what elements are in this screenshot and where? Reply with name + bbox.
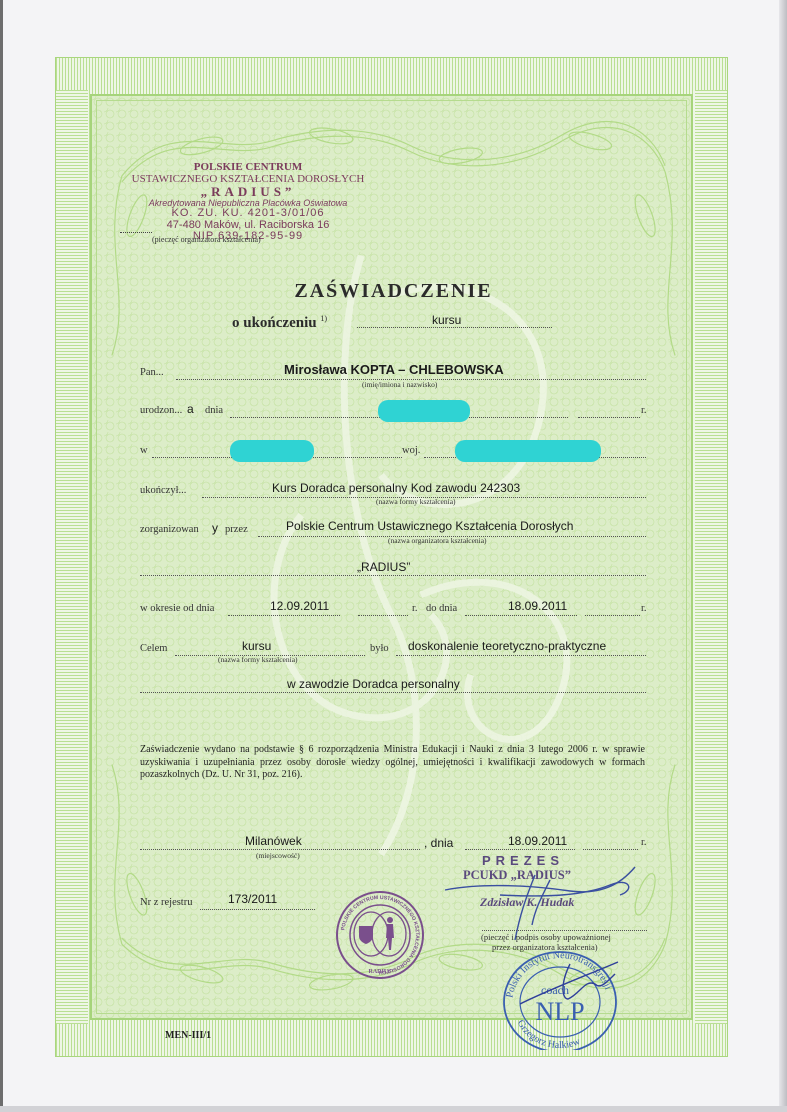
dotted-line — [482, 930, 647, 931]
dotted-line — [358, 615, 408, 616]
dotted-line — [396, 655, 646, 656]
dotted-line — [200, 909, 315, 910]
nlp-coach-stamp-icon: Polski Instytut Neurotransgresji Grzegor… — [500, 944, 620, 1050]
stamp-line: POLSKIE CENTRUM — [118, 162, 378, 174]
frame-side-left — [56, 90, 88, 1024]
stamp-caption: (pieczęć organizatora kształcenia) — [152, 235, 261, 244]
organized-suffix: y — [212, 521, 218, 535]
born-suffix: a — [187, 402, 194, 416]
register-number: 173/2011 — [228, 892, 277, 906]
organizer-hint: (nazwa organizatora kształcenia) — [388, 536, 487, 545]
dotted-line — [140, 692, 646, 693]
completed-label: ukończył... — [140, 485, 186, 496]
course-type-value: kursu — [432, 313, 461, 327]
dotted-line — [228, 615, 340, 616]
form-code: MEN-III/1 — [165, 1030, 211, 1041]
organized-by-label: przez — [225, 524, 248, 535]
svg-text:RADIUS: RADIUS — [368, 969, 392, 975]
period-label: w okresie od dnia — [140, 603, 214, 614]
dotted-line — [465, 849, 575, 850]
year-suffix: r. — [641, 603, 647, 614]
dotted-line — [585, 615, 640, 616]
period-to-label: do dnia — [426, 603, 457, 614]
place-hint: (miejscowość) — [256, 851, 300, 860]
stamp-line: KO. ZU. KU. 4201-3/01/06 — [118, 208, 378, 220]
footnote-marker: 1) — [320, 314, 327, 323]
period-from-value: 12.09.2011 — [270, 599, 329, 613]
year-suffix: r. — [641, 405, 647, 416]
voivodeship-label: woj. — [402, 445, 420, 456]
completed-hint: (nazwa formy kształcenia) — [376, 497, 456, 506]
organizer-value-2: „RADIUS” — [357, 560, 410, 574]
redaction-mark — [230, 440, 314, 462]
dotted-line — [578, 417, 640, 418]
purpose-form-value: kursu — [242, 639, 271, 653]
scan-edge — [0, 0, 3, 1112]
organizer-value: Polskie Centrum Ustawicznego Kształcenia… — [286, 519, 573, 533]
organization-stamp: POLSKIE CENTRUM USTAWICZNEGO KSZTAŁCENIA… — [118, 162, 378, 243]
scan-edge — [779, 0, 787, 1112]
purpose-value: doskonalenie teoretyczno-praktyczne — [408, 639, 606, 653]
born-day-label: dnia — [205, 405, 223, 416]
redaction-mark — [378, 400, 470, 422]
born-label: urodzon... — [140, 405, 182, 416]
period-to-value: 18.09.2011 — [508, 599, 567, 613]
svg-text:POLSKIE CENTRUM USTAWICZNEGO K: POLSKIE CENTRUM USTAWICZNEGO KSZTAŁCENIA… — [340, 895, 420, 975]
dotted-line — [140, 849, 420, 850]
subtitle-prefix: o ukończeniu — [232, 315, 317, 331]
issue-date-value: 18.09.2011 — [508, 834, 567, 848]
dotted-line — [583, 849, 638, 850]
document-title: ZAŚWIADCZENIE — [0, 280, 787, 303]
dotted-line — [120, 224, 152, 233]
legal-basis-text: Zaświadczenie wydano na podstawie § 6 ro… — [140, 744, 645, 782]
dotted-line — [465, 615, 577, 616]
register-label: Nr z rejestru — [140, 897, 192, 908]
frame-side-right — [695, 90, 727, 1024]
purpose-was-label: było — [370, 643, 389, 654]
date-label: , dnia — [424, 836, 453, 850]
redaction-mark — [455, 440, 601, 462]
year-suffix: r. — [641, 837, 647, 848]
svg-text:coach: coach — [541, 983, 569, 997]
scan-edge — [0, 1106, 787, 1112]
place-value: Milanówek — [245, 834, 302, 848]
radius-round-stamp-icon: POLSKIE CENTRUM USTAWICZNEGO KSZTAŁCENIA… — [335, 890, 425, 980]
purpose-label: Celem — [140, 643, 167, 654]
dotted-line — [140, 575, 646, 576]
year-suffix: r. — [412, 603, 418, 614]
signature-caption-line1: (pieczęć i podpis osoby upoważnionej — [481, 932, 611, 942]
name-hint: (imię/imiona i nazwisko) — [362, 380, 437, 389]
purpose-value-2: w zawodzie Doradca personalny — [287, 677, 460, 691]
stamp-line: „RADIUS” — [118, 185, 378, 199]
name-value: Mirosława KOPTA – CHLEBOWSKA — [284, 362, 504, 377]
document-subtitle: o ukończeniu 1) — [232, 314, 327, 332]
svg-text:NLP: NLP — [535, 997, 584, 1026]
purpose-form-hint: (nazwa formy kształcenia) — [218, 655, 298, 664]
dotted-line — [357, 327, 552, 328]
organized-label: zorganizowan — [140, 524, 199, 535]
name-label: Pan... — [140, 367, 164, 378]
place-of-birth-label: w — [140, 445, 148, 456]
completed-value: Kurs Doradca personalny Kod zawodu 24230… — [272, 481, 520, 495]
